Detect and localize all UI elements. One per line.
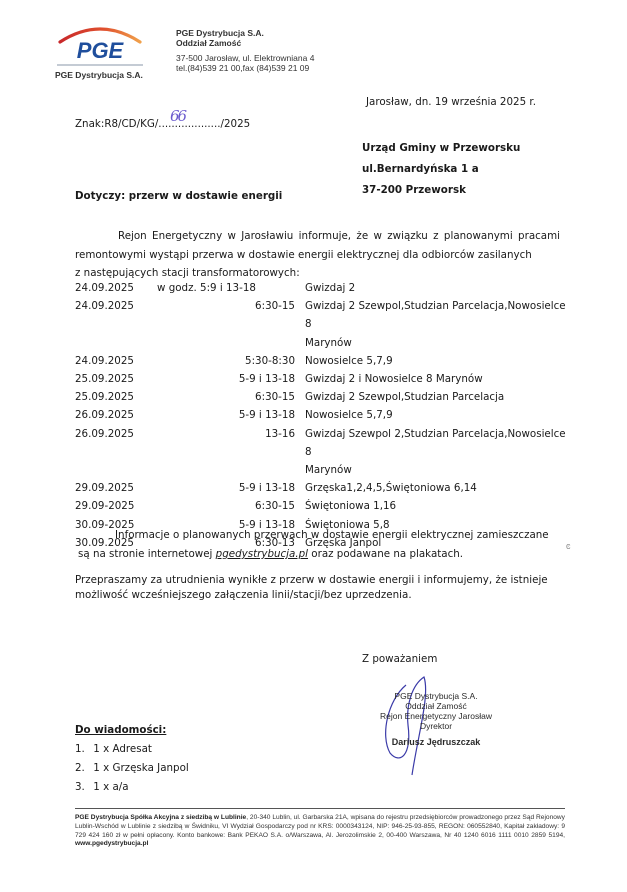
- footer-legal-info: PGE Dystrybucja Spółka Akcyjna z siedzib…: [75, 814, 565, 849]
- stamp-line: PGE Dystrybucja S.A.: [371, 691, 501, 701]
- info-line: są na stronie internetowej pgedystrybucj…: [78, 545, 578, 564]
- schedule-date: [75, 461, 155, 479]
- svg-text:PGE: PGE: [77, 38, 125, 63]
- schedule-row: 26.09.202513-16Gwizdaj Szewpol 2,Studzia…: [75, 425, 575, 461]
- schedule-time: 5:30-8:30: [155, 352, 295, 370]
- schedule-date: 26.09.2025: [75, 425, 155, 461]
- schedule-time: 6:30-15: [155, 497, 295, 515]
- schedule-row: 26.09.20255-9 i 13-18Nowosielce 5,7,9: [75, 406, 575, 424]
- info-text: są na stronie internetowej: [78, 548, 216, 560]
- schedule-location: Gwizdaj 2 Szewpol,Studzian Parcelacja,No…: [305, 297, 570, 333]
- reference-dots: ...................: [158, 118, 220, 130]
- schedule-row-continuation: Marynów: [75, 461, 575, 479]
- schedule-date: 25.09.2025: [75, 370, 155, 388]
- schedule-date: 24.09.2025: [75, 352, 155, 370]
- intro-line: remontowymi wystąpi przerwa w dostawie e…: [75, 246, 560, 265]
- stray-mark: ͼ: [566, 541, 571, 551]
- schedule-time: [155, 461, 295, 479]
- schedule-date: 29.09.2025: [75, 479, 155, 497]
- schedule-location: Gwizdaj Szewpol 2,Studzian Parcelacja,No…: [305, 425, 570, 461]
- cc-item: 2. 1 x Grzęska Janpol: [75, 759, 189, 778]
- footer-divider: [75, 808, 565, 809]
- subject-line: Dotyczy: przerw w dostawie energii: [75, 190, 282, 202]
- reference-suffix: /2025: [221, 118, 251, 130]
- cc-item: 3. 1 x a/a: [75, 778, 189, 797]
- cc-title: Do wiadomości:: [75, 721, 189, 740]
- director-stamp: PGE Dystrybucja S.A. Oddział Zamość Rejo…: [371, 691, 501, 747]
- schedule-time: 5-9 i 13-18: [155, 370, 295, 388]
- schedule-time: w godz. 5:9 i 13-18: [155, 279, 295, 297]
- intro-paragraph: Rejon Energetyczny w Jarosławiu informuj…: [75, 227, 560, 283]
- schedule-location: Marynów: [305, 461, 570, 479]
- schedule-row: 25.09.20255-9 i 13-18Gwizdaj 2 i Nowosie…: [75, 370, 575, 388]
- company-info: PGE Dystrybucja S.A. Oddział Zamość 37-5…: [176, 28, 314, 73]
- schedule-date: 29.09-2025: [75, 497, 155, 515]
- logo-arc-icon: PGE: [52, 20, 148, 70]
- company-branch: Oddział Zamość: [176, 38, 314, 48]
- place-date: Jarosław, dn. 19 września 2025 r.: [366, 96, 536, 108]
- schedule-time: 5-9 i 13-18: [155, 479, 295, 497]
- schedule-location: Marynów: [305, 334, 570, 352]
- info-line: Informacje o planowanych przerwach w dos…: [78, 526, 578, 545]
- recipient-line: ul.Bernardyńska 1 a: [362, 159, 520, 180]
- company-address: 37-500 Jarosław, ul. Elektrowniana 4: [176, 53, 314, 63]
- schedule-row: 24.09.20255:30-8:30Nowosielce 5,7,9: [75, 352, 575, 370]
- schedule-time: 13-16: [155, 425, 295, 461]
- schedule-date: 26.09.2025: [75, 406, 155, 424]
- apology-line: możliwość wcześniejszego załączenia lini…: [75, 588, 555, 603]
- stamp-line: Dyrektor: [371, 721, 501, 731]
- website-link[interactable]: pgedystrybucja.pl: [216, 548, 308, 560]
- schedule-time: 6:30-15: [155, 388, 295, 406]
- company-phone-fax: tel.(84)539 21 00,fax (84)539 21 09: [176, 63, 314, 73]
- schedule-row: 25.09.20256:30-15Gwizdaj 2 Szewpol,Studz…: [75, 388, 575, 406]
- info-paragraph: Informacje o planowanych przerwach w dos…: [78, 526, 578, 564]
- schedule-row: 24.09.2025w godz. 5:9 i 13-18Gwizdaj 2: [75, 279, 575, 297]
- handwritten-reference-number: 66: [170, 107, 185, 125]
- cc-list: Do wiadomości: 1. 1 x Adresat 2. 1 x Grz…: [75, 721, 189, 797]
- reference-prefix: Znak:R8/CD/KG/: [75, 118, 158, 130]
- footer-company: PGE Dystrybucja Spółka Akcyjna z siedzib…: [75, 814, 246, 821]
- company-name: PGE Dystrybucja S.A.: [176, 28, 314, 38]
- recipient-line: 37-200 Przeworsk: [362, 180, 520, 201]
- recipient-address: Urząd Gminy w Przeworsku ul.Bernardyńska…: [362, 138, 520, 201]
- stamp-line: Oddział Zamość: [371, 701, 501, 711]
- apology-paragraph: Przepraszamy za utrudnienia wynikłe z pr…: [75, 573, 555, 603]
- schedule-location: Grzęska1,2,4,5,Świętoniowa 6,14: [305, 479, 570, 497]
- schedule-date: 24.09.2025: [75, 297, 155, 333]
- info-text: oraz podawane na plakatach.: [308, 548, 463, 560]
- logo-caption: PGE Dystrybucja S.A.: [55, 70, 143, 80]
- schedule-location: Gwizdaj 2: [305, 279, 570, 297]
- schedule-date: [75, 334, 155, 352]
- schedule-location: Nowosielce 5,7,9: [305, 406, 570, 424]
- cc-item: 1. 1 x Adresat: [75, 740, 189, 759]
- footer-website[interactable]: www.pgedystrybucja.pl: [75, 840, 148, 847]
- schedule-location: Gwizdaj 2 Szewpol,Studzian Parcelacja: [305, 388, 570, 406]
- outage-schedule: 24.09.2025w godz. 5:9 i 13-18Gwizdaj 224…: [75, 279, 575, 552]
- schedule-time: 5-9 i 13-18: [155, 406, 295, 424]
- schedule-row-continuation: Marynów: [75, 334, 575, 352]
- schedule-location: Nowosielce 5,7,9: [305, 352, 570, 370]
- closing-salutation: Z poważaniem: [362, 653, 437, 665]
- schedule-time: [155, 334, 295, 352]
- schedule-location: Gwizdaj 2 i Nowosielce 8 Marynów: [305, 370, 570, 388]
- schedule-row: 29.09.20255-9 i 13-18Grzęska1,2,4,5,Świę…: [75, 479, 575, 497]
- schedule-row: 24.09.20256:30-15Gwizdaj 2 Szewpol,Studz…: [75, 297, 575, 333]
- intro-line: Rejon Energetyczny w Jarosławiu informuj…: [75, 227, 560, 246]
- schedule-date: 24.09.2025: [75, 279, 155, 297]
- pge-logo: PGE PGE Dystrybucja S.A.: [52, 20, 148, 82]
- reference-number: Znak:R8/CD/KG/.................../2025: [75, 118, 250, 130]
- schedule-time: 6:30-15: [155, 297, 295, 333]
- apology-line: Przepraszamy za utrudnienia wynikłe z pr…: [75, 573, 555, 588]
- schedule-row: 29.09-20256:30-15Świętoniowa 1,16: [75, 497, 575, 515]
- schedule-date: 25.09.2025: [75, 388, 155, 406]
- stamp-line: Rejon Energetyczny Jarosław: [371, 711, 501, 721]
- recipient-line: Urząd Gminy w Przeworsku: [362, 138, 520, 159]
- schedule-location: Świętoniowa 1,16: [305, 497, 570, 515]
- director-name: Dariusz Jędruszczak: [371, 737, 501, 747]
